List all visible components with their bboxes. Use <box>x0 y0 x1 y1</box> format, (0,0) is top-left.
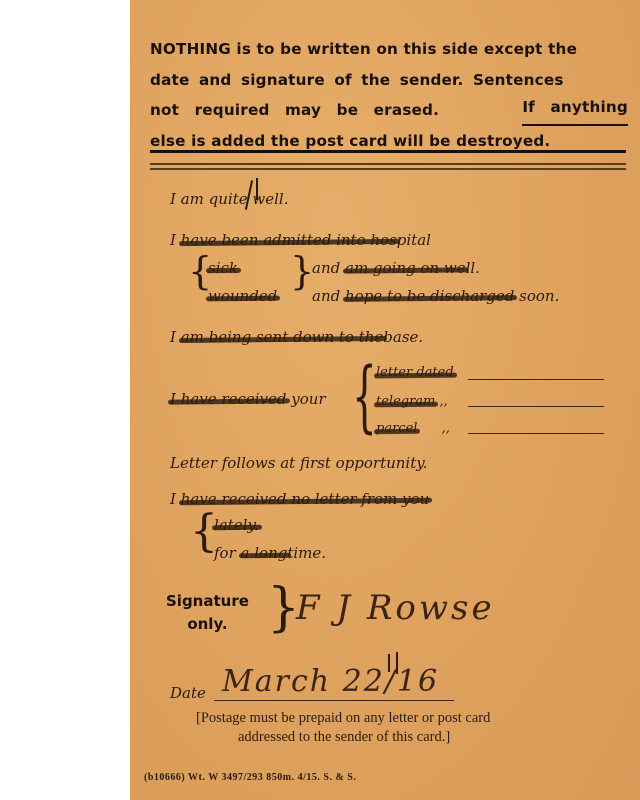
text-struck: have been admitted into hos <box>181 231 397 249</box>
line-quite-well: I am quite well. <box>170 190 289 208</box>
text-rest: base. <box>383 328 423 346</box>
header-underline <box>150 150 626 153</box>
date-value: March 22/16 <box>222 664 439 699</box>
header-line-1: NOTHING is to be written on this side ex… <box>150 34 628 65</box>
text-prefix: I <box>170 490 176 508</box>
right-brace: } <box>290 252 314 290</box>
signature-label: Signature only. <box>166 590 249 636</box>
header-line-3a: not required may be erased. <box>150 95 439 126</box>
signature-label-line1: Signature <box>166 590 249 613</box>
text-struck: I have received <box>170 390 287 408</box>
text-and: and <box>312 287 340 305</box>
line-discharged: and hope to be discharged soon. <box>312 287 559 305</box>
pen-mark <box>256 178 258 200</box>
text-struck: hope to be discharged <box>345 287 514 305</box>
postage-note-line2: addressed to the sender of this card.] <box>238 727 450 747</box>
fill-line-telegram <box>468 406 604 407</box>
option-long-time: for a longtime. <box>214 544 326 562</box>
line-hospital: I have been admitted into hospital <box>170 231 431 249</box>
text-quite: quite <box>209 190 248 208</box>
date-label: Date <box>170 684 206 702</box>
instructions-header: NOTHING is to be written on this side ex… <box>150 34 628 156</box>
text-struck: parcel <box>376 421 417 436</box>
header-line-2: date and signature of the sender. Senten… <box>150 65 628 96</box>
ditto-mark: ,, <box>442 421 450 436</box>
header-line-3b: If anything <box>522 95 628 126</box>
double-rule-top <box>150 163 626 165</box>
pen-mark <box>388 654 390 672</box>
field-service-postcard: NOTHING is to be written on this side ex… <box>130 0 640 800</box>
line-received-your: I have received your <box>170 390 326 408</box>
header-line-3: not required may be erased. If anything <box>150 95 628 126</box>
text-struck: letter dated <box>376 365 454 380</box>
option-sick: sick <box>208 259 238 277</box>
option-telegram: telegram ,, <box>376 394 448 409</box>
text-struck: wounded <box>208 287 277 305</box>
fill-line-parcel <box>468 433 604 434</box>
text-struck: am being sent down to the <box>181 328 384 346</box>
date-fill-line <box>214 700 454 701</box>
text-rest: well. <box>252 190 288 208</box>
text-struck: lately. <box>214 516 259 534</box>
text-struck: sick <box>208 259 238 277</box>
signature-label-line2: only. <box>166 613 249 636</box>
line-base: I am being sent down to thebase. <box>170 328 423 346</box>
double-rule-bottom <box>150 168 626 170</box>
postage-note-line1: [Postage must be prepaid on any letter o… <box>196 708 490 728</box>
ditto-mark: ,, <box>440 394 448 409</box>
text-and: and <box>312 259 340 277</box>
text-prefix: I am <box>170 190 204 208</box>
text-prefix: for <box>214 544 236 562</box>
text-struck: am going on we <box>345 259 466 277</box>
line-going-on-well: and am going on well. <box>312 259 480 277</box>
text-struck: a long <box>241 544 288 562</box>
options-brace: { <box>352 358 377 436</box>
option-lately: lately. <box>214 516 259 534</box>
text-prefix: I <box>170 328 176 346</box>
signature-value: F J Rowse <box>296 588 495 628</box>
text-prefix: I <box>170 231 176 249</box>
pen-mark <box>396 652 398 674</box>
text-rest: pital <box>397 231 431 249</box>
fill-line-letter <box>468 379 604 380</box>
text-rest: your <box>291 390 325 408</box>
text-struck: telegram <box>376 394 435 409</box>
option-parcel: parcel ,, <box>376 421 450 436</box>
text-rest: time. <box>287 544 326 562</box>
option-wounded: wounded <box>208 287 277 305</box>
option-letter-dated: letter dated <box>376 365 454 380</box>
printer-imprint: (b10666) Wt. W 3497/293 850m. 4/15. S. &… <box>144 772 356 783</box>
text-rest: soon. <box>519 287 559 305</box>
line-letter-follows: Letter follows at first opportunity. <box>170 454 428 472</box>
